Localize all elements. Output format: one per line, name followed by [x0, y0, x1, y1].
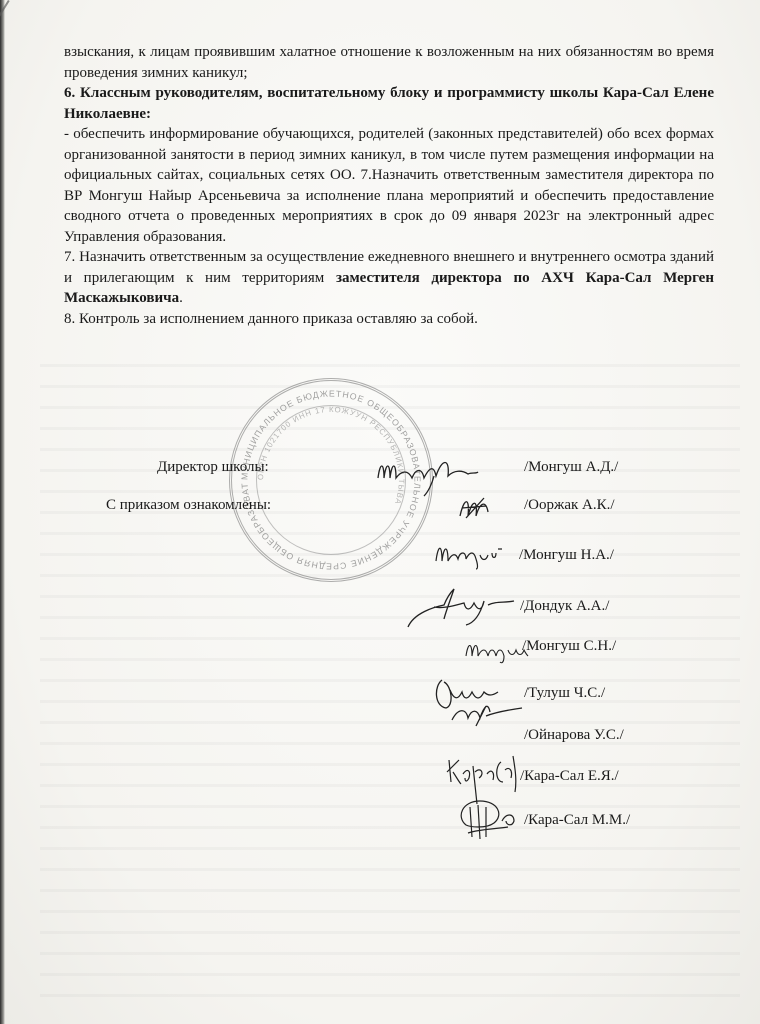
signature-oorzhak: [456, 492, 492, 522]
item-7: 7. Назначить ответственным за осуществле…: [64, 247, 714, 309]
signature-kara-sal-mm: [456, 797, 524, 843]
name-mongush-na: /Монгуш Н.А./: [519, 547, 614, 564]
item-7-end: .: [179, 290, 183, 306]
paragraph-penalties: взыскания, к лицам проявившим халатное о…: [64, 42, 714, 83]
document-body: взыскания, к лицам проявившим халатное о…: [64, 42, 714, 329]
item-8: 8. Контроль за исполнением данного прика…: [64, 309, 714, 330]
director-name: /Монгуш А.Д./: [524, 459, 618, 476]
item-6-heading: 6. Классным руководителям, воспитательно…: [64, 83, 714, 124]
name-mongush-sn: /Монгуш С.Н./: [522, 638, 616, 655]
director-signature: [372, 448, 482, 498]
name-kara-sal-mm: /Кара-Сал М.М./: [524, 812, 630, 829]
name-oinarova: /Ойнарова У.С./: [524, 727, 624, 744]
signature-donduk: [404, 585, 519, 630]
signature-tulush-oinarova: [432, 672, 527, 736]
acquainted-label: С приказом ознакомлены:: [106, 497, 271, 514]
item-6-body: - обеспечить информирование обучающихся,…: [64, 124, 714, 247]
scan-left-edge: [0, 0, 5, 1024]
signature-mongush-sn: [462, 634, 530, 664]
director-label: Директор школы:: [157, 459, 269, 476]
name-kara-sal-eya: /Кара-Сал Е.Я./: [520, 768, 619, 785]
name-oorzhak: /Ооржак А.К./: [524, 497, 615, 514]
name-donduk: /Дондук А.А./: [520, 598, 609, 615]
signature-mongush-na: [432, 535, 512, 571]
name-tulush: /Тулуш Ч.С./: [524, 685, 605, 702]
